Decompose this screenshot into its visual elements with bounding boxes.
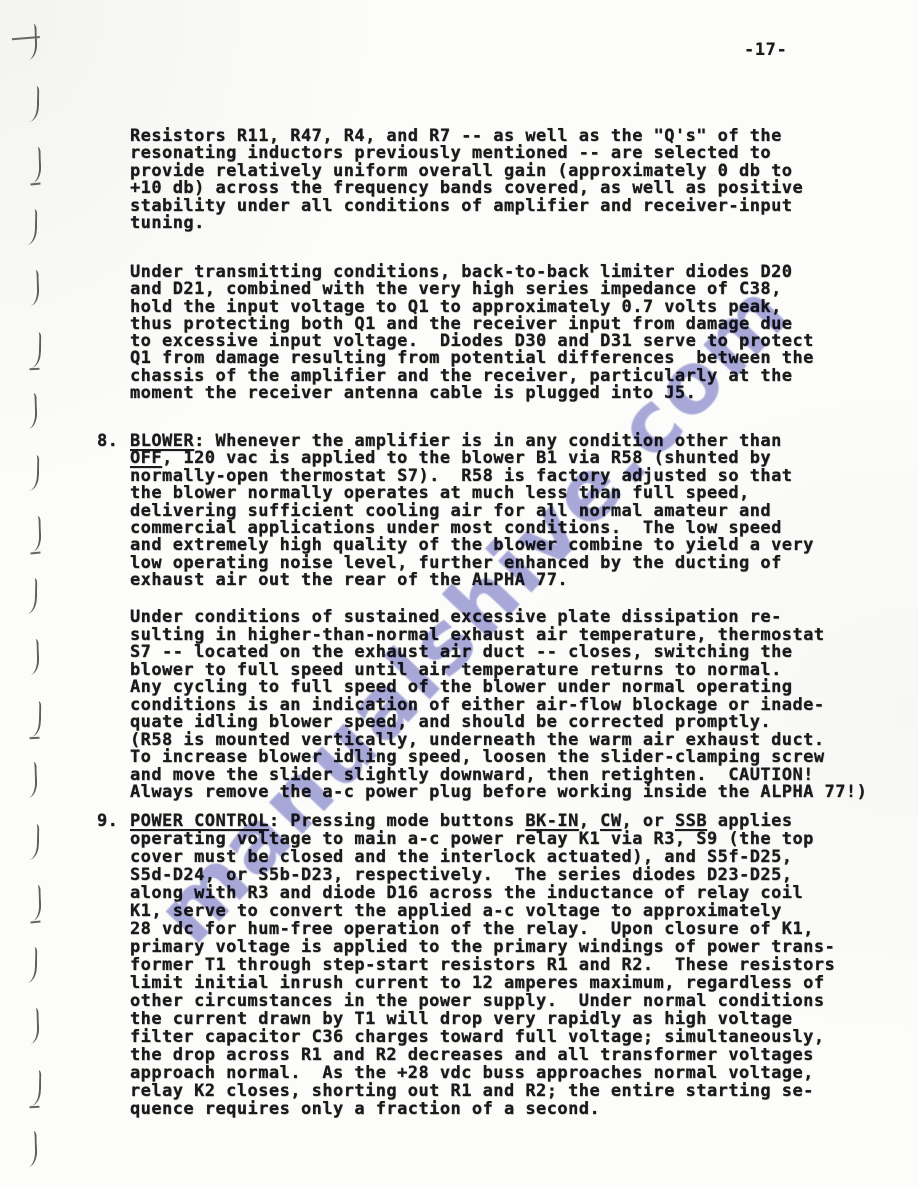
text-line: tuning.: [130, 215, 910, 232]
binding-mark: [28, 270, 40, 306]
binding-mark: [26, 946, 38, 982]
text-line: POWER CONTROL: Pressing mode buttons BK-…: [130, 812, 910, 830]
text-line: cover must be closed and the interlock a…: [130, 848, 910, 866]
list-item-power-control: POWER CONTROL: Pressing mode buttons BK-…: [130, 812, 910, 1118]
binding-mark: [30, 516, 42, 552]
binding-mark: [30, 147, 42, 183]
list-item-blower: BLOWER: Whenever the amplifier is in any…: [130, 433, 910, 590]
binding-mark: [28, 639, 40, 675]
binding-mark: [30, 700, 42, 736]
binding-mark: [30, 331, 42, 367]
binding-mark: [26, 577, 38, 613]
binding-mark: [26, 24, 38, 60]
text-line: approach normal. As the +28 vdc buss app…: [130, 1064, 910, 1082]
text-line: filter capacitor C36 charges toward full…: [130, 1028, 910, 1046]
text-line: operating voltage to main a-c power rela…: [130, 830, 910, 848]
binding-mark: [30, 1069, 42, 1105]
text-line: exhaust air out the rear of the ALPHA 77…: [130, 572, 910, 589]
binding-mark: [28, 85, 40, 121]
text-line: the drop across R1 and R2 decreases and …: [130, 1046, 910, 1064]
paragraph-plate-dissipation: Under conditions of sustained excessive …: [130, 609, 910, 802]
binding-mark: [30, 885, 42, 921]
text-line: K1, serve to convert the applied a-c vol…: [130, 902, 910, 920]
text-line: former T1 through step-start resistors R…: [130, 956, 910, 974]
page-number: -17-: [744, 40, 787, 60]
paragraph-resistors: Resistors R11, R47, R4, and R7 -- as wel…: [130, 128, 910, 232]
text-line: relay K2 closes, shorting out R1 and R2;…: [130, 1082, 910, 1100]
text-line: 28 vdc for hum-free operation of the rel…: [130, 920, 910, 938]
scanned-manual-page: -17- Resistors R11, R47, R4, and R7 -- a…: [0, 0, 918, 1188]
text-line: limit initial inrush current to 12 amper…: [130, 974, 910, 992]
binding-mark: [28, 1008, 40, 1044]
text-line: the current drawn by T1 will drop very r…: [130, 1010, 910, 1028]
binding-mark: [26, 762, 38, 798]
text-line: moment the receiver antenna cable is plu…: [130, 385, 910, 402]
text-line: stability under all conditions of amplif…: [130, 198, 910, 215]
binding-marks: [0, 0, 60, 1188]
text-line: S5d-D24, or S5b-D23, respectively. The s…: [130, 866, 910, 884]
text-line: quence requires only a fraction of a sec…: [130, 1100, 910, 1118]
text-line: primary voltage is applied to the primar…: [130, 938, 910, 956]
binding-mark: [28, 823, 40, 859]
paragraph-transmitting: Under transmitting conditions, back-to-b…: [130, 264, 910, 402]
binding-mark: [26, 1131, 38, 1167]
binding-mark: [26, 393, 38, 429]
text-line: Always remove the a-c power plug before …: [130, 784, 910, 802]
binding-mark: [28, 454, 40, 490]
binding-mark: [26, 208, 38, 244]
text-line: other circumstances in the power supply.…: [130, 992, 910, 1010]
list-item-number-8: 8.: [97, 433, 127, 450]
text-line: along with R3 and diode D16 across the i…: [130, 884, 910, 902]
list-item-number-9: 9.: [97, 812, 127, 830]
